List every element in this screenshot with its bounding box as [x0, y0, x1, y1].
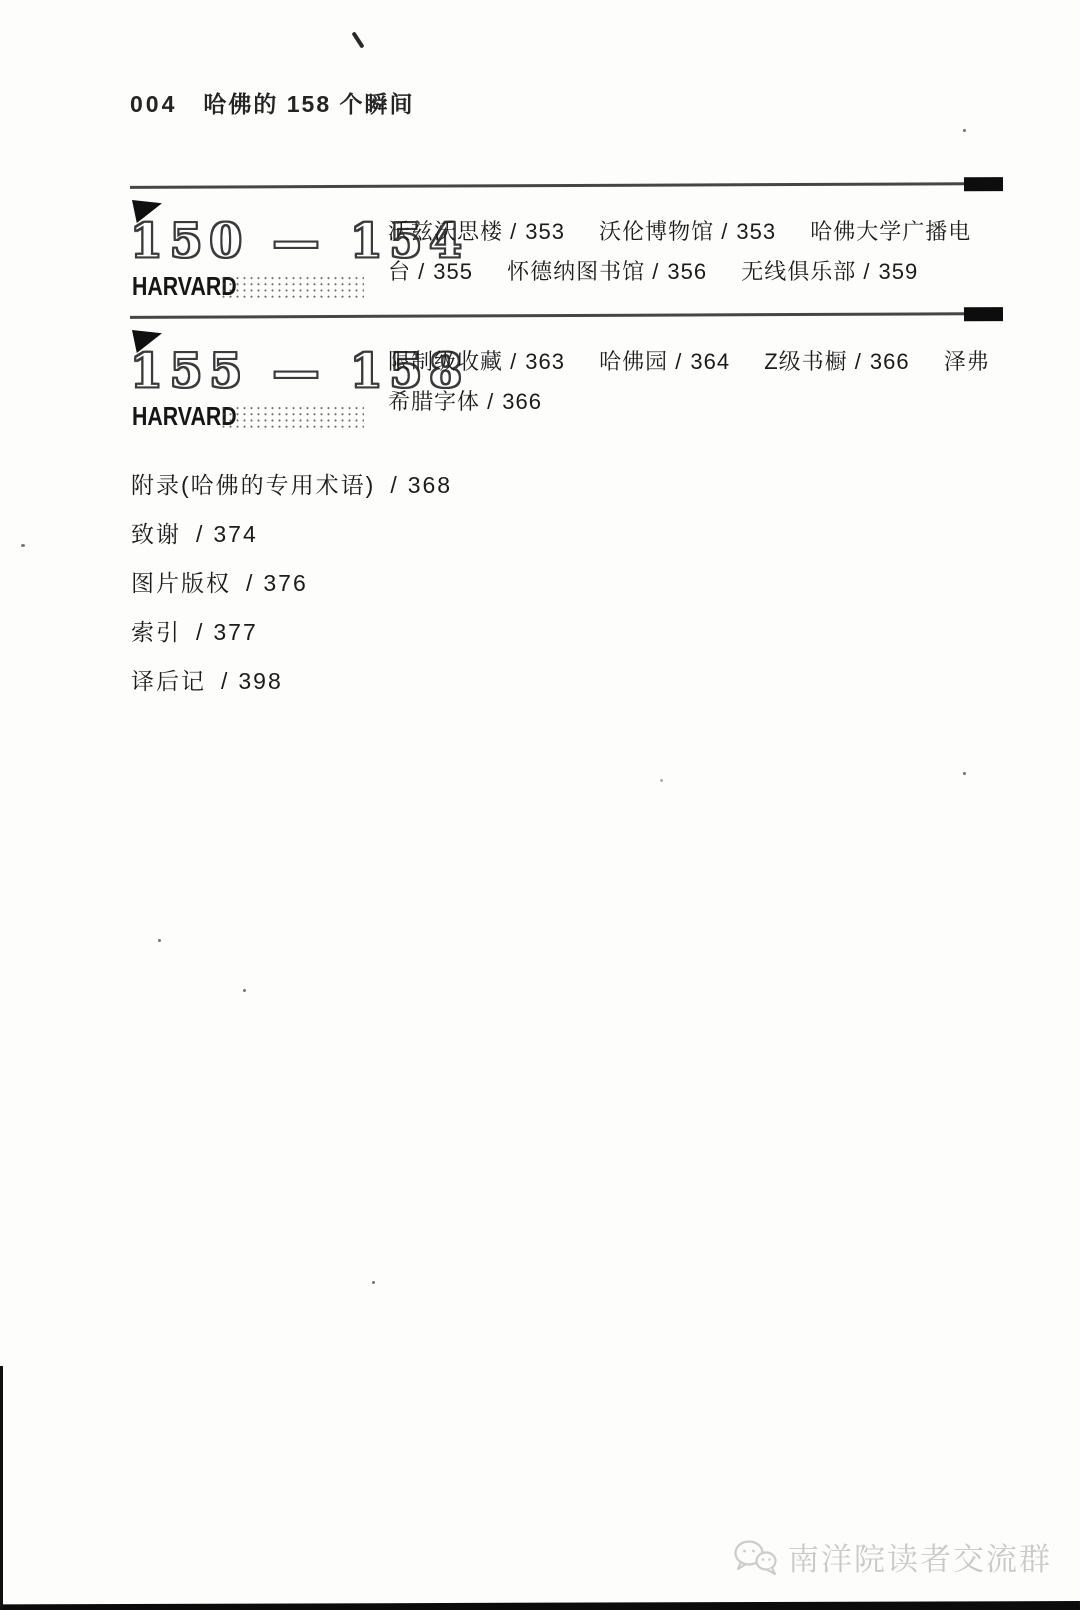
scan-speck	[158, 939, 161, 942]
rule-tab	[964, 177, 1003, 191]
toc-entry-page: /363	[510, 349, 565, 374]
toc-entry-page: /366	[487, 389, 542, 414]
entry-separator: /	[510, 349, 517, 374]
watermark-text: 南洋院读者交流群	[788, 1534, 1052, 1579]
back-matter-row: 图片版权/376	[131, 572, 452, 595]
toc-entry-page: /353	[721, 219, 776, 244]
section-rule	[130, 307, 1003, 325]
toc-entry: 限制级收藏 /363	[388, 349, 565, 374]
toc-entry-pagenum: 363	[525, 349, 565, 374]
scan-speck	[963, 772, 966, 775]
entry-separator: /	[863, 259, 870, 284]
toc-entry: 无线俱乐部 /359	[741, 259, 918, 284]
entry-separator: /	[196, 619, 204, 645]
toc-entries: 沃兹沃思楼 /353 沃伦博物馆 /353 哈佛大学广播电台 /355 怀德纳图…	[388, 212, 994, 292]
toc-entry-title: 无线俱乐部	[741, 259, 856, 284]
toc-entry-title: Z级书橱	[764, 349, 847, 374]
back-matter-title: 索引	[131, 619, 181, 645]
back-matter-pagenum: 398	[238, 668, 282, 694]
entry-separator: /	[487, 389, 494, 414]
scan-speck	[660, 779, 663, 782]
entry-separator: /	[510, 219, 517, 244]
toc-entry-page: /366	[855, 349, 910, 374]
toc-entry-title: 哈佛园	[599, 349, 668, 374]
watermark: 南洋院读者交流群	[733, 1534, 1052, 1579]
rule-tab	[964, 307, 1003, 321]
entry-separator: /	[721, 219, 728, 244]
toc-entry-title: 沃伦博物馆	[599, 219, 714, 244]
pen-mark	[351, 31, 364, 48]
toc-entries: 限制级收藏 /363 哈佛园 /364 Z级书橱 /366 泽弗希腊字体 /36…	[388, 342, 994, 422]
entry-separator: /	[652, 259, 659, 284]
rule-line	[130, 312, 967, 319]
back-matter-title: 图片版权	[131, 570, 231, 596]
back-matter-page: /398	[221, 668, 283, 694]
toc-entry-pagenum: 366	[502, 389, 542, 414]
brand-row: HARVARD	[132, 403, 382, 429]
back-matter-pagenum: 374	[213, 521, 257, 547]
back-matter-pagenum: 377	[213, 619, 257, 645]
toc-entry-pagenum: 364	[690, 349, 730, 374]
bottom-bar	[0, 1601, 1080, 1610]
entry-separator: /	[221, 668, 229, 694]
toc-entry-page: /355	[418, 259, 473, 284]
dot-band	[220, 275, 364, 299]
toc-entry-page: /356	[652, 259, 707, 284]
toc-entry-page: /364	[675, 349, 730, 374]
page-number: 004	[130, 91, 177, 117]
dot-band	[220, 405, 364, 429]
entry-separator: /	[246, 570, 254, 596]
section-rule	[130, 177, 1003, 195]
toc-entry-pagenum: 356	[667, 259, 707, 284]
scan-speck	[372, 1281, 375, 1284]
scan-speck	[963, 129, 966, 132]
toc-entry: 沃伦博物馆 /353	[599, 219, 776, 244]
back-matter-page: /376	[246, 570, 308, 596]
toc-entry-title: 怀德纳图书馆	[507, 259, 645, 284]
toc-entry-pagenum: 355	[433, 259, 473, 284]
toc-entry-page: /353	[510, 219, 565, 244]
entry-separator: /	[390, 472, 398, 498]
back-matter-title: 附录(哈佛的专用术语)	[131, 472, 375, 498]
toc-entry: 哈佛园 /364	[599, 349, 730, 374]
toc-entry-title: 限制级收藏	[388, 349, 503, 374]
toc-entry-title: 沃兹沃思楼	[388, 219, 503, 244]
scan-speck	[21, 544, 25, 547]
book-title: 哈佛的 158 个瞬间	[203, 91, 414, 117]
rule-line	[130, 182, 967, 189]
toc-entry: Z级书橱 /366	[764, 349, 909, 374]
back-matter-page: /377	[196, 619, 258, 645]
toc-entry-page: /359	[863, 259, 918, 284]
back-matter-title: 译后记	[131, 668, 206, 694]
toc-entry-pagenum: 359	[878, 259, 918, 284]
back-matter-row: 附录(哈佛的专用术语)/368	[131, 474, 452, 497]
left-edge-line	[0, 1366, 3, 1610]
back-matter-title: 致谢	[131, 521, 181, 547]
running-header: 004哈佛的 158 个瞬间	[130, 86, 415, 119]
back-matter-pagenum: 368	[408, 472, 452, 498]
brand-row: HARVARD	[132, 273, 382, 299]
book-toc-page: 004哈佛的 158 个瞬间 150 — 154 HARVARD 沃兹沃思楼 /…	[0, 0, 1080, 1610]
toc-entry-pagenum: 353	[525, 219, 565, 244]
wechat-icon	[733, 1538, 779, 1576]
back-matter-row: 索引/377	[131, 621, 452, 644]
toc-entry-pagenum: 353	[736, 219, 776, 244]
entry-separator: /	[855, 349, 862, 374]
toc-entry-pagenum: 366	[870, 349, 910, 374]
entry-separator: /	[675, 349, 682, 374]
scan-speck	[243, 989, 246, 992]
toc-entry: 沃兹沃思楼 /353	[388, 219, 565, 244]
back-matter-row: 致谢/374	[131, 523, 452, 546]
back-matter-page: /374	[196, 521, 258, 547]
entry-separator: /	[196, 521, 204, 547]
back-matter-pagenum: 376	[263, 570, 307, 596]
entry-separator: /	[418, 259, 425, 284]
back-matter-page: /368	[390, 472, 452, 498]
back-matter: 附录(哈佛的专用术语)/368 致谢/374 图片版权/376 索引/377 译…	[131, 474, 452, 719]
back-matter-row: 译后记/398	[131, 670, 452, 693]
toc-entry: 怀德纳图书馆 /356	[507, 259, 707, 284]
